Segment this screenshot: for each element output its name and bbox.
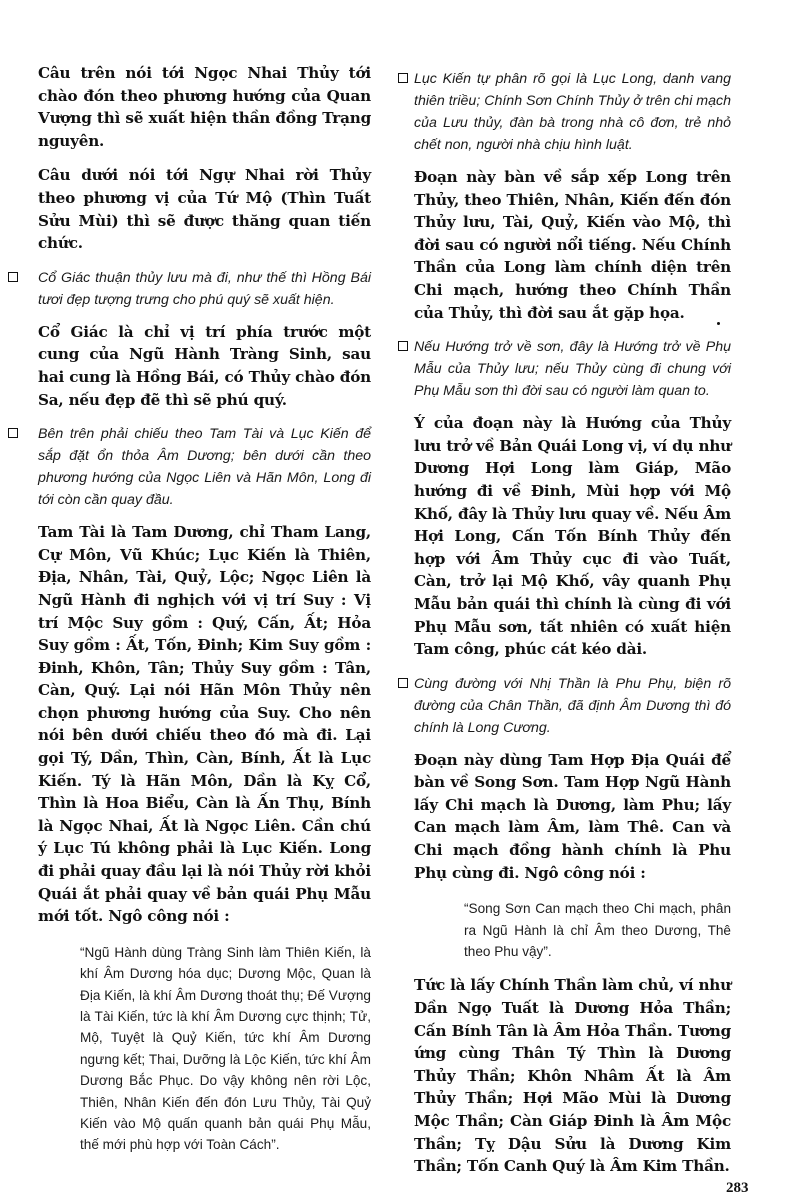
paragraph: Đoạn này bàn về sắp xếp Long trên Thủy, … (414, 166, 731, 324)
verse-item: Cùng đường với Nhị Thần là Phu Phụ, biện… (398, 673, 731, 739)
verse-text: Cổ Giác thuận thủy lưu mà đi, như thế th… (38, 267, 371, 311)
paragraph: Câu trên nói tới Ngọc Nhai Thủy tới chào… (38, 62, 371, 152)
checkbox-bullet-icon (398, 73, 408, 83)
verse-text: Cùng đường với Nhị Thần là Phu Phụ, biện… (414, 673, 731, 739)
block-quote: “Ngũ Hành dùng Tràng Sinh làm Thiên Kiến… (80, 942, 371, 1156)
verse-text: Bên trên phải chiếu theo Tam Tài và Lục … (38, 423, 371, 511)
checkbox-bullet-icon (398, 341, 408, 351)
page-number: 283 (726, 1180, 749, 1197)
block-quote: “Song Sơn Can mạch theo Chi mạch, phân r… (464, 898, 731, 962)
verse-item: Bên trên phải chiếu theo Tam Tài và Lục … (0, 423, 371, 511)
paragraph: Tam Tài là Tam Dương, chỉ Tham Lang, Cự … (38, 521, 371, 928)
paragraph: Ý của đoạn này là Hướng của Thủy lưu trở… (414, 412, 731, 661)
checkbox-bullet-icon (8, 272, 18, 282)
paragraph: Cổ Giác là chỉ vị trí phía trước một cun… (38, 321, 371, 411)
verse-item: Lục Kiến tự phân rõ gọi là Lục Long, dan… (398, 68, 731, 156)
book-page: Câu trên nói tới Ngọc Nhai Thủy tới chào… (0, 0, 800, 1200)
checkbox-bullet-icon (8, 428, 18, 438)
right-column: Lục Kiến tự phân rõ gọi là Lục Long, dan… (398, 62, 731, 1190)
verse-text: Nếu Hướng trở về sơn, đây là Hướng trở v… (414, 336, 731, 402)
paragraph: Tức là lấy Chính Thần làm chủ, ví như Dầ… (414, 974, 731, 1177)
verse-text: Lục Kiến tự phân rõ gọi là Lục Long, dan… (414, 68, 731, 156)
verse-item: Cổ Giác thuận thủy lưu mà đi, như thế th… (0, 267, 371, 311)
left-column: Câu trên nói tới Ngọc Nhai Thủy tới chào… (38, 62, 371, 1168)
stray-dot-mark (717, 322, 720, 325)
paragraph: Đoạn này dùng Tam Hợp Địa Quái để bàn về… (414, 749, 731, 885)
checkbox-bullet-icon (398, 678, 408, 688)
verse-item: Nếu Hướng trở về sơn, đây là Hướng trở v… (398, 336, 731, 402)
paragraph: Câu dưới nói tới Ngự Nhai rời Thủy theo … (38, 164, 371, 254)
